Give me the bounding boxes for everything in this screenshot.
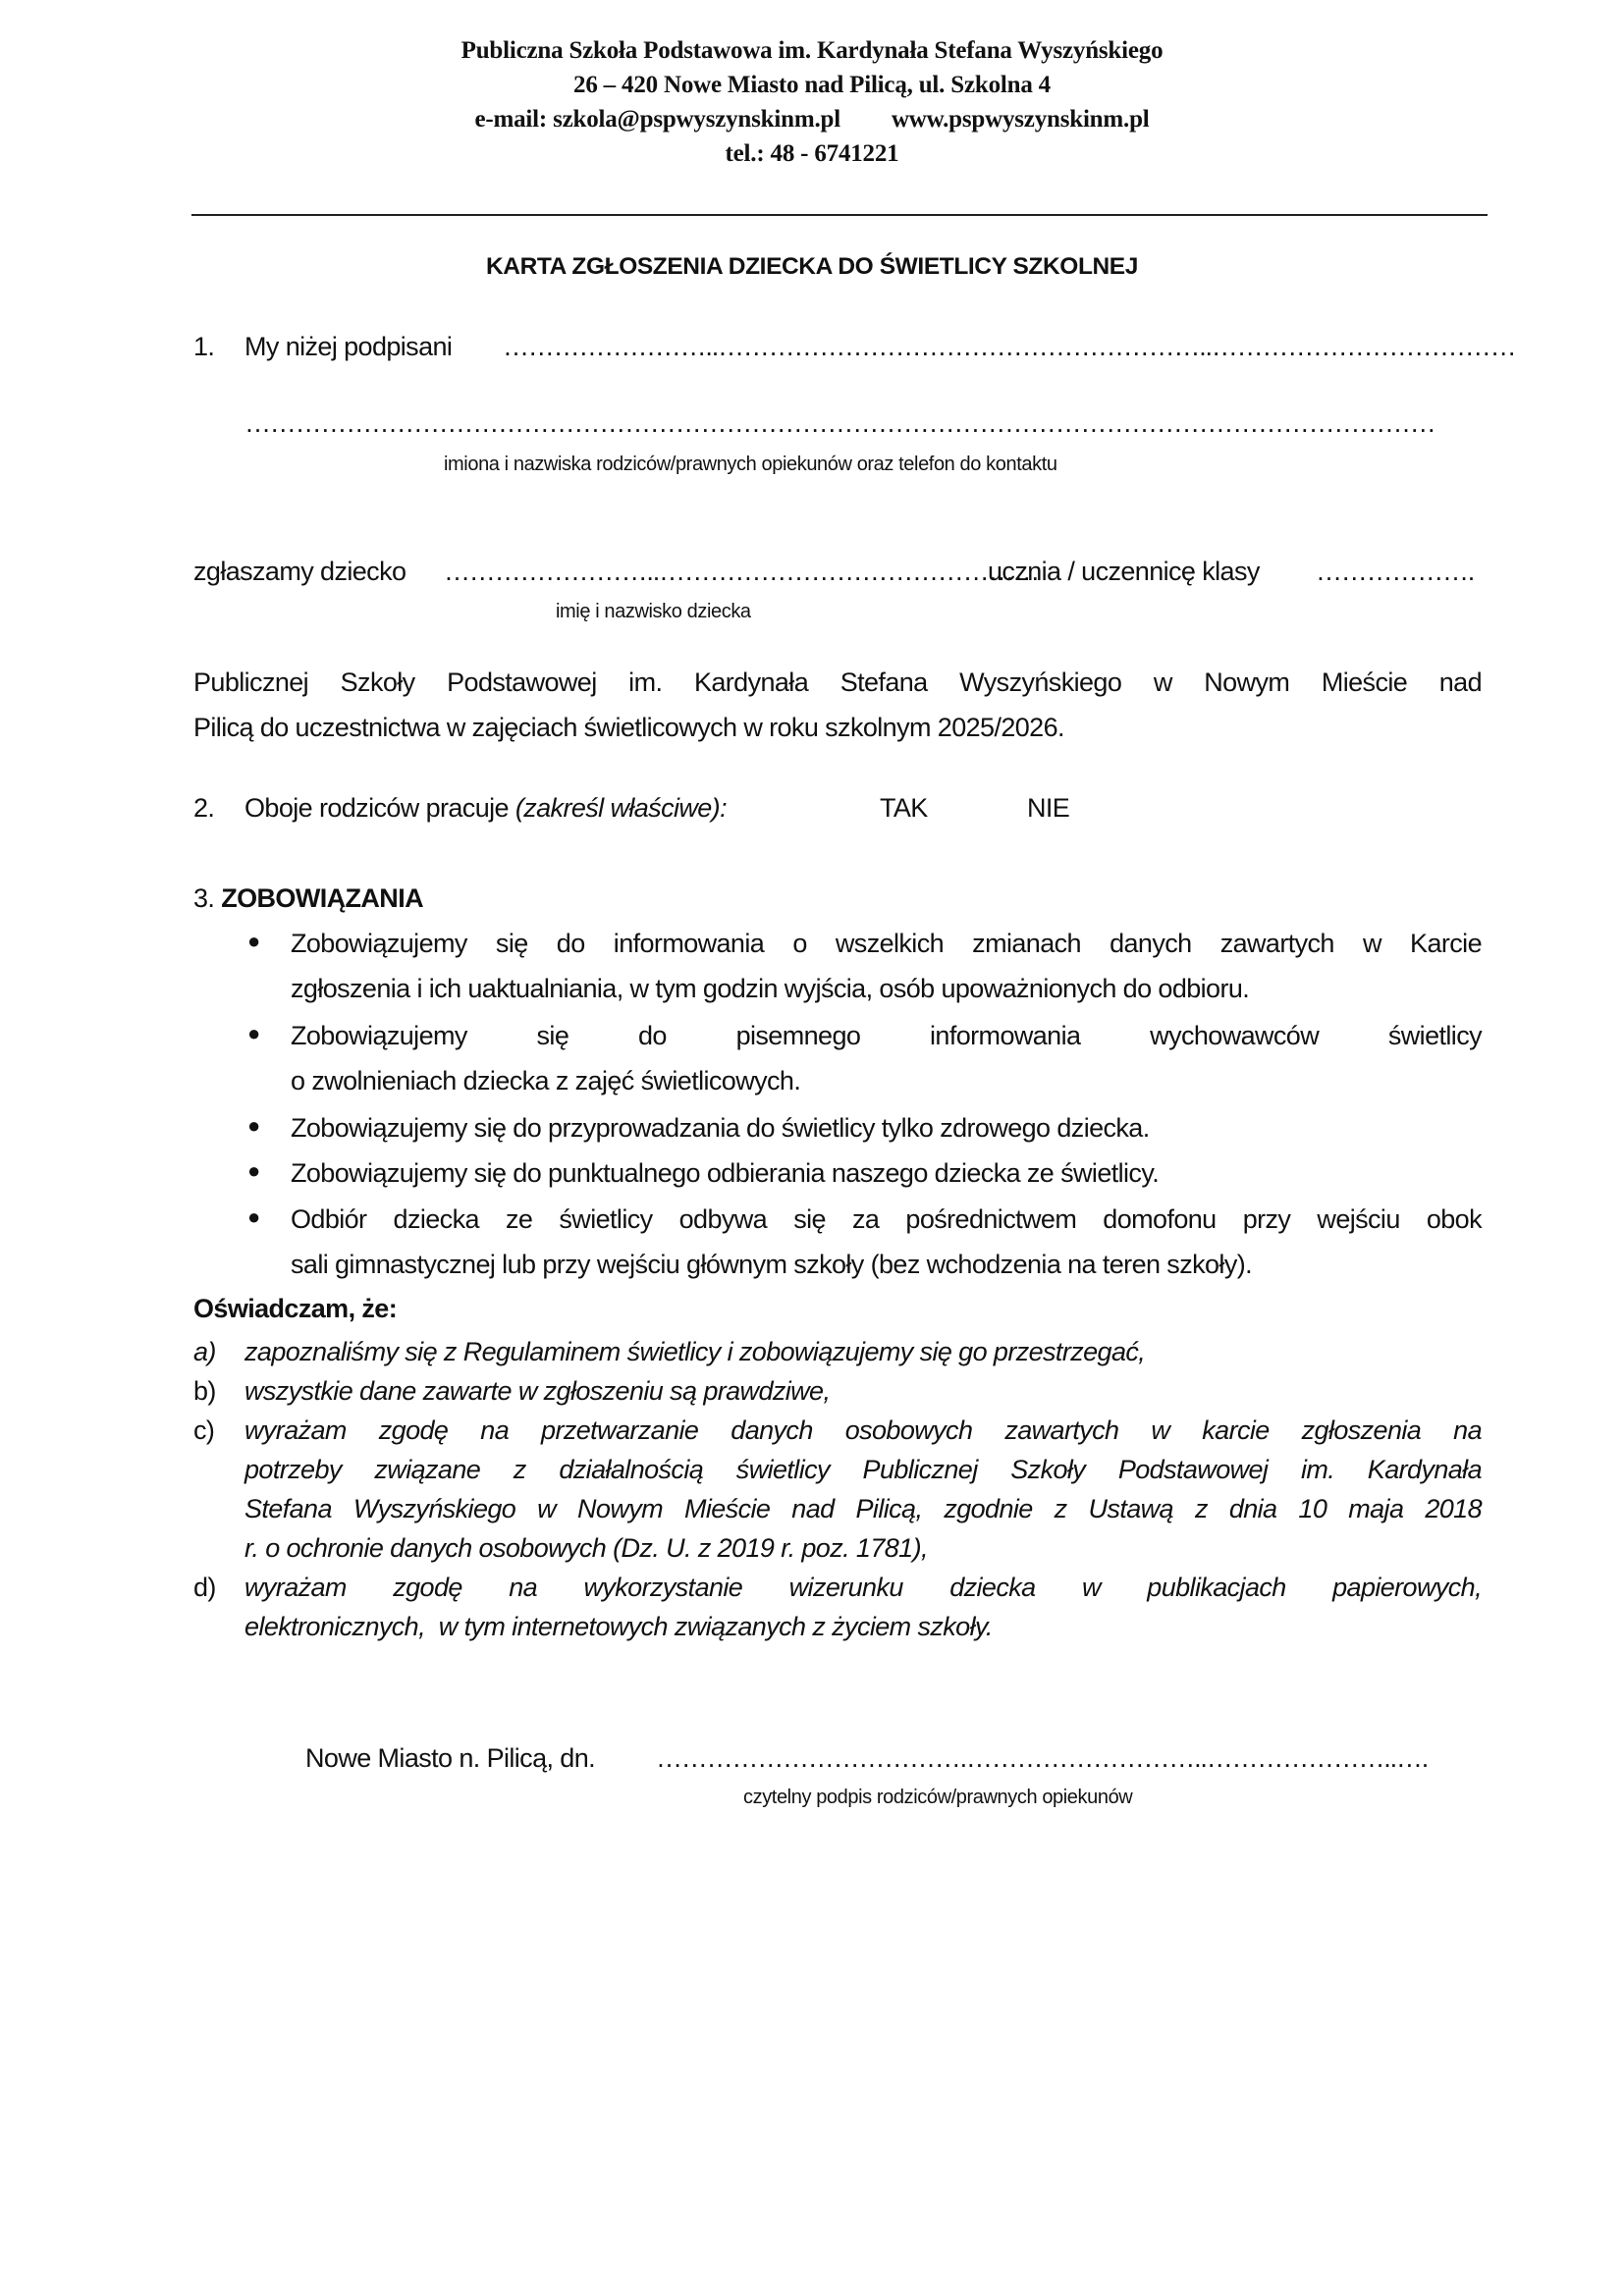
place-date-label: Nowe Miasto n. Pilicą, dn. <box>305 1743 595 1774</box>
declaration-marker-c: c) <box>193 1415 214 1446</box>
class-lead: ucznia / uczennicę klasy <box>988 557 1260 587</box>
school-phone: tel.: 48 - 6741221 <box>0 140 1624 168</box>
section-1-number: 1. <box>193 332 214 362</box>
option-tak[interactable]: TAK <box>880 793 928 824</box>
school-paragraph-line-2: Pilicą do uczestnictwa w zajęciach świet… <box>193 713 1482 743</box>
child-name-caption: imię i nazwisko dziecka <box>556 601 751 623</box>
commitment-4: Zobowiązujemy się do punktualnego odbier… <box>291 1158 1159 1189</box>
commitment-5-line-1: Odbiór dziecka ze świetlicy odbywa się z… <box>291 1204 1482 1235</box>
declaration-marker-d: d) <box>193 1573 216 1603</box>
school-paragraph-line-1: Publicznej Szkoły Podstawowej im. Kardyn… <box>193 667 1482 698</box>
section-2-text: Oboje rodziców pracuje (zakreśl właściwe… <box>244 793 727 824</box>
school-name: Publiczna Szkoła Podstawowa im. Kardynał… <box>0 37 1624 65</box>
declaration-c-line-4: r. o ochronie danych osobowych (Dz. U. z… <box>244 1533 928 1564</box>
commitment-3: Zobowiązujemy się do przyprowadzania do … <box>291 1113 1150 1144</box>
bullet-icon: ● <box>247 1158 260 1184</box>
declaration-marker-a: a) <box>193 1337 216 1367</box>
school-contact: e-mail: szkola@pspwyszynskinm.plwww.pspw… <box>0 106 1624 133</box>
section-3-heading: 3. ZOBOWIĄZANIA <box>193 883 423 914</box>
bullet-icon: ● <box>247 929 260 954</box>
child-lead: zgłaszamy dziecko <box>193 557 406 587</box>
commitment-5-line-2: sali gimnastycznej lub przy wejściu głów… <box>291 1250 1252 1280</box>
header-divider <box>191 214 1488 216</box>
declaration-heading: Oświadczam, że: <box>193 1294 397 1324</box>
section-1-lead: My niżej podpisani <box>244 332 452 362</box>
section-2-number: 2. <box>193 793 214 824</box>
bullet-icon: ● <box>247 1204 260 1230</box>
document-page: Publiczna Szkoła Podstawowa im. Kardynał… <box>0 0 1624 2296</box>
school-website: www.pspwyszynskinm.pl <box>892 106 1150 133</box>
commitment-2-line-2: o zwolnieniach dziecka z zajęć świetlico… <box>291 1066 800 1096</box>
declaration-c-line-2: potrzeby związane z działalnością świetl… <box>244 1455 1482 1485</box>
declaration-marker-b: b) <box>193 1376 216 1407</box>
parents-names-field-line-2[interactable]: …………………………………………………………………………………………………………… <box>244 408 1435 439</box>
declaration-a: zapoznaliśmy się z Regulaminem świetlicy… <box>244 1337 1145 1367</box>
child-name-field[interactable]: ……………………..……………………………………… <box>444 557 1039 587</box>
signature-caption: czytelny podpis rodziców/prawnych opieku… <box>743 1787 1132 1809</box>
school-email: e-mail: szkola@pspwyszynskinm.pl <box>474 106 839 133</box>
working-parents-question: Oboje rodziców pracuje <box>244 793 515 823</box>
declaration-d-line-2: elektronicznych, w tym internetowych zwi… <box>244 1612 993 1642</box>
declaration-d-line-1: wyrażam zgodę na wykorzystanie wizerunku… <box>244 1573 1482 1603</box>
class-field[interactable]: ………………. <box>1316 557 1474 587</box>
section-3-title: ZOBOWIĄZANIA <box>221 883 423 913</box>
commitment-2-line-1: Zobowiązujemy się do pisemnego informowa… <box>291 1021 1482 1051</box>
option-nie[interactable]: NIE <box>1027 793 1069 824</box>
declaration-c-line-1: wyrażam zgodę na przetwarzanie danych os… <box>244 1415 1482 1446</box>
section-3-number: 3. <box>193 883 221 913</box>
circle-hint: (zakreśl właściwe): <box>515 793 727 823</box>
declaration-c-line-3: Stefana Wyszyńskiego w Nowym Mieście nad… <box>244 1494 1482 1524</box>
parents-names-field-line-1[interactable]: ……………………..…………………………………………………..………………………… <box>503 332 1515 362</box>
form-title: KARTA ZGŁOSZENIA DZIECKA DO ŚWIETLICY SZ… <box>0 253 1624 281</box>
parents-names-caption: imiona i nazwiska rodziców/prawnych opie… <box>444 454 1057 476</box>
bullet-icon: ● <box>247 1113 260 1139</box>
declaration-b: wszystkie dane zawarte w zgłoszeniu są p… <box>244 1376 830 1407</box>
signature-field[interactable]: ……………………………….………………………..…………………..…. <box>656 1743 1428 1774</box>
commitment-1-line-1: Zobowiązujemy się do informowania o wsze… <box>291 929 1482 959</box>
bullet-icon: ● <box>247 1021 260 1046</box>
commitment-1-line-2: zgłoszenia i ich uaktualniania, w tym go… <box>291 974 1249 1004</box>
school-address: 26 – 420 Nowe Miasto nad Pilicą, ul. Szk… <box>0 72 1624 99</box>
